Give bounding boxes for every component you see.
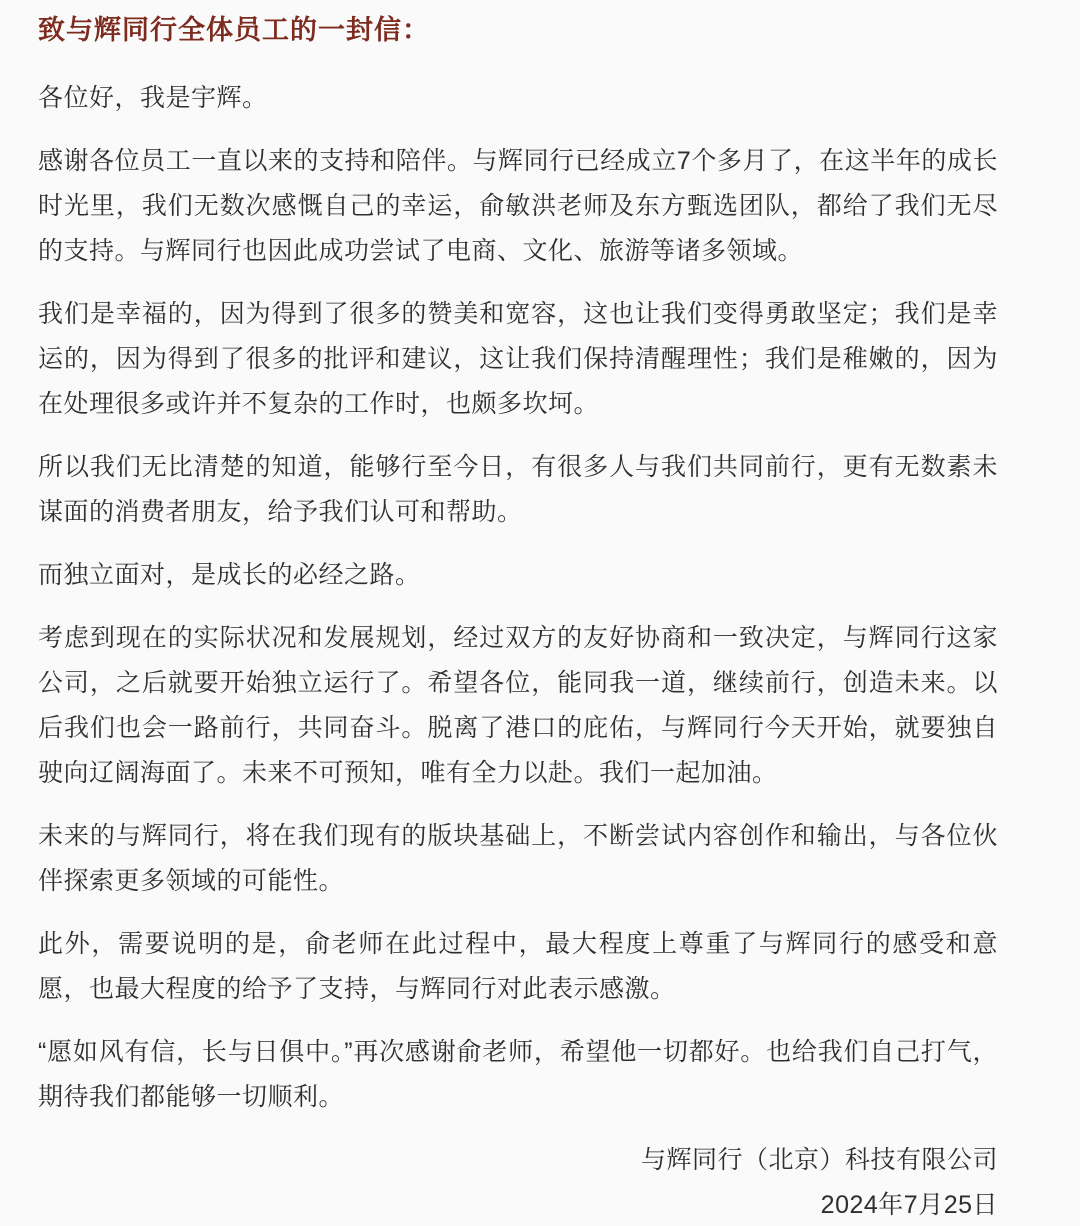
signature-company: 与辉同行（北京）科技有限公司 [38, 1138, 998, 1183]
letter-paragraph-greeting: 各位好，我是宇辉。 [38, 76, 998, 121]
letter-paragraph-decision: 考虑到现在的实际状况和发展规划，经过双方的友好协商和一致决定，与辉同行这家公司，… [38, 616, 998, 796]
letter-paragraph-thanks: 感谢各位员工一直以来的支持和陪伴。与辉同行已经成立7个多月了，在这半年的成长时光… [38, 139, 998, 274]
letter-paragraph-future: 未来的与辉同行，将在我们现有的版块基础上，不断尝试内容创作和输出，与各位伙伴探索… [38, 814, 998, 904]
letter-paragraph-supporters: 所以我们无比清楚的知道，能够行至今日，有很多人与我们共同前行，更有无数素未谋面的… [38, 445, 998, 535]
signature-date: 2024年7月25日 [38, 1183, 998, 1226]
letter-paragraph-gratitude: 此外，需要说明的是，俞老师在此过程中，最大程度上尊重了与辉同行的感受和意愿，也最… [38, 922, 998, 1012]
letter-title: 致与辉同行全体员工的一封信： [38, 10, 998, 50]
letter-paragraph-independence: 而独立面对，是成长的必经之路。 [38, 553, 998, 598]
letter-document: 致与辉同行全体员工的一封信： 各位好，我是宇辉。 感谢各位员工一直以来的支持和陪… [0, 0, 1080, 1226]
signature-block: 与辉同行（北京）科技有限公司 2024年7月25日 [38, 1138, 998, 1226]
letter-paragraph-fortunate: 我们是幸福的，因为得到了很多的赞美和宽容，这也让我们变得勇敢坚定；我们是幸运的，… [38, 292, 998, 427]
letter-paragraph-closing: “愿如风有信，长与日俱中。”再次感谢俞老师，希望他一切都好。也给我们自己打气，期… [38, 1030, 998, 1120]
